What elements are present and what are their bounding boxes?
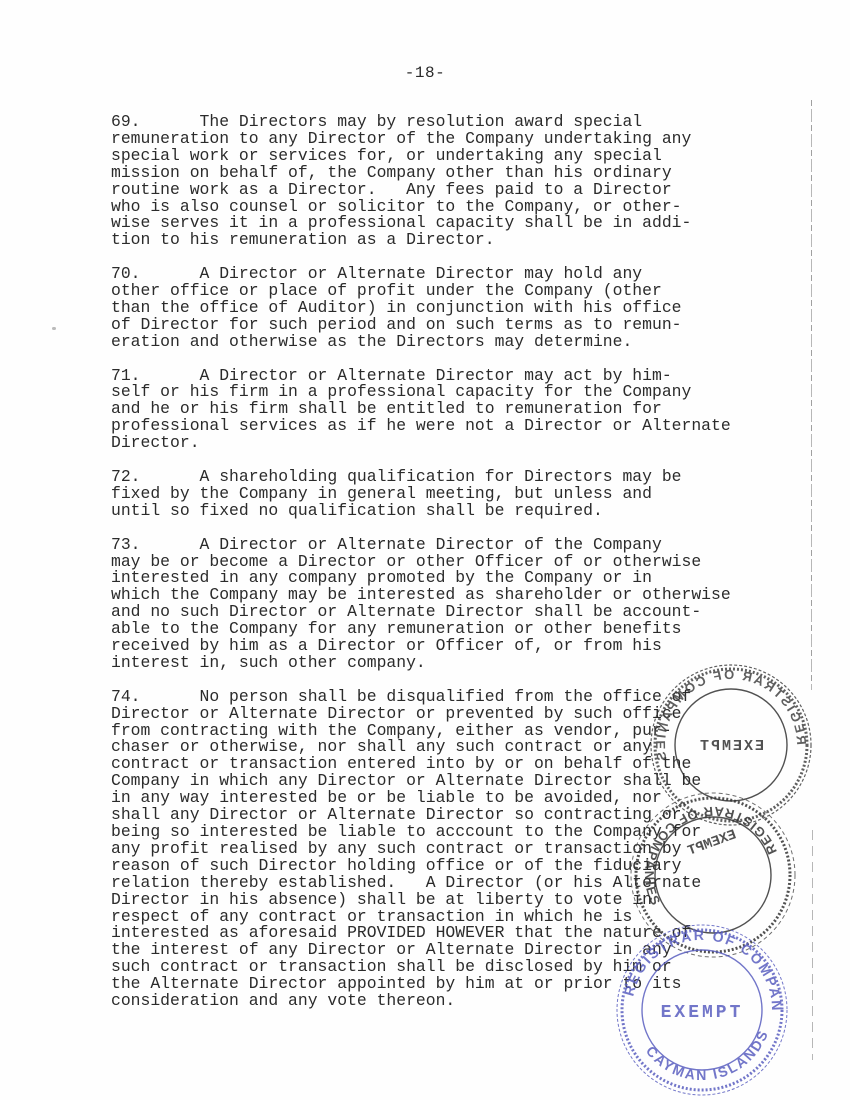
stray-mark	[52, 327, 56, 330]
text-line: interest in, such other company.	[111, 655, 751, 672]
margin-rule	[811, 100, 812, 690]
margin-rule-lower	[812, 830, 813, 1060]
text-line: Director or Alternate Director or preven…	[111, 706, 751, 723]
text-line: professional services as if he were not …	[111, 418, 751, 435]
text-line: Director.	[111, 435, 751, 452]
text-line: routine work as a Director. Any fees pai…	[111, 182, 751, 199]
article-72: 72. A shareholding qualification for Dir…	[111, 469, 751, 520]
text-line: tion to his remuneration as a Director.	[111, 232, 751, 249]
articles-body: 69. The Directors may by resolution awar…	[111, 114, 751, 1027]
text-line: eration and otherwise as the Directors m…	[111, 334, 751, 351]
article-69: 69. The Directors may by resolution awar…	[111, 114, 751, 249]
document-page: -18- 69. The Directors may by resolution…	[0, 0, 850, 1100]
article-73: 73. A Director or Alternate Director of …	[111, 537, 751, 672]
article-70: 70. A Director or Alternate Director may…	[111, 266, 751, 351]
text-line: 73. A Director or Alternate Director of …	[111, 537, 751, 554]
text-line: consideration and any vote thereon.	[111, 993, 751, 1010]
text-line: Director in his absence) shall be at lib…	[111, 892, 751, 909]
text-line: until so fixed no qualification shall be…	[111, 503, 751, 520]
article-74: 74. No person shall be disqualified from…	[111, 689, 751, 1010]
article-71: 71. A Director or Alternate Director may…	[111, 368, 751, 453]
svg-text:CAYMAN ISLANDS: CAYMAN ISLANDS	[643, 1027, 772, 1083]
page-number: -18-	[0, 64, 850, 82]
